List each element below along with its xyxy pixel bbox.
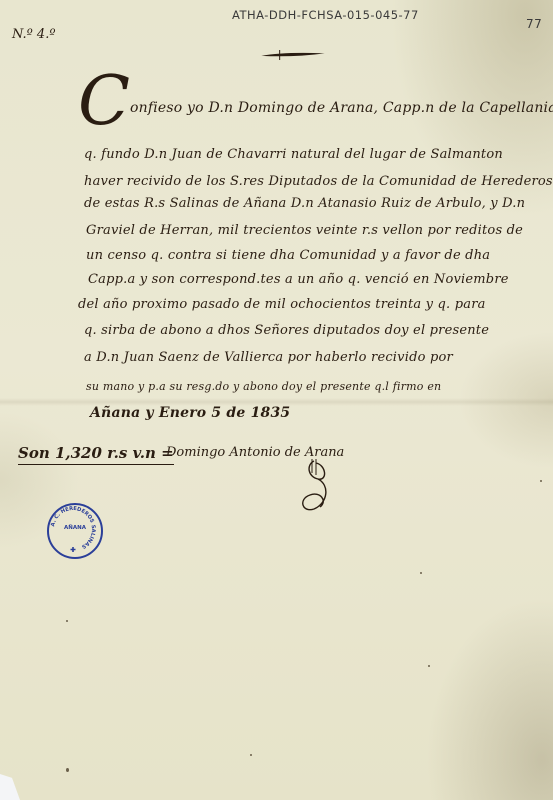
page-number: 77 [526,17,542,31]
text-line-4: de estas R.s Salinas de Añana D.n Atanas… [84,196,525,211]
place-date-line: Añana y Enero 5 de 1835 [90,405,290,421]
text-line-10: a D.n Juan Saenz de Vallierca por haberl… [84,350,453,365]
decorative-initial: C [78,68,130,136]
text-line-7: Capp.a y son correspond.tes a un año q. … [88,272,509,287]
text-line-8: del año proximo pasado de mil ochociento… [78,297,486,312]
amount-total: Son 1,320 r.s v.n = [18,444,174,465]
text-line-3: haver recivido de los S.res Diputados de… [84,174,553,189]
archive-reference-code: ATHA-DDH-FCHSA-015-045-77 [232,8,419,22]
text-line-6: un censo q. contra si tiene dha Comunida… [86,248,490,263]
paper-speck [66,620,68,622]
cross-mark-icon [253,50,333,60]
paper-speck [66,768,69,772]
paper-speck [420,572,422,574]
text-line-5: Graviel de Herran, mil trecientos veinte… [86,223,523,238]
text-line-2: q. fundo D.n Juan de Chavarri natural de… [84,147,503,162]
paper-speck [428,665,430,667]
signature-rubric-icon [300,455,360,515]
text-line-9: q. sirba de abono a dhos Señores diputad… [84,323,489,338]
text-line-1: onfieso yo D.n Domingo de Arana, Capp.n … [130,100,553,116]
text-line-11: su mano y p.a su resg.do y abono doy el … [86,380,441,393]
stamp-center-text: AÑANA [49,525,101,531]
paper-speck [540,480,542,482]
document-page: ATHA-DDH-FCHSA-015-045-77 77 N.º 4.º C o… [0,0,553,800]
archive-stamp: A. C. HEREDEROS SALINAS AÑANA [47,503,103,559]
torn-corner [0,774,20,800]
paper-speck [250,754,252,756]
document-number: N.º 4.º [12,27,55,42]
